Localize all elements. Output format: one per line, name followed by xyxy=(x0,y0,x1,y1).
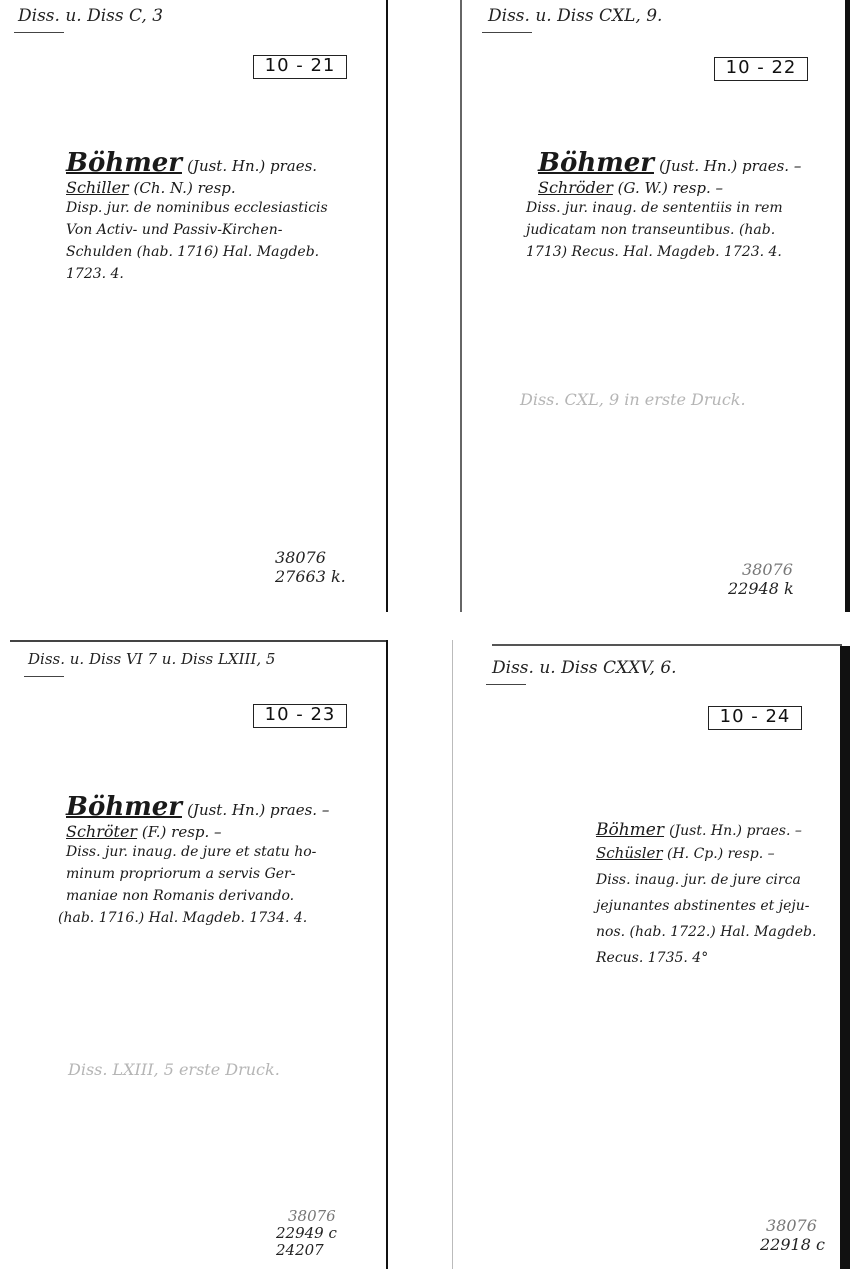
accession-number: 27663 k. xyxy=(275,567,346,586)
entry-line: Diss. jur. inaug. de sententiis in rem xyxy=(526,197,801,219)
author-name: Böhmer xyxy=(596,820,664,840)
card-right-edge xyxy=(386,0,388,612)
entry-line: maniae non Romanis derivando. xyxy=(66,885,329,907)
entry-line: Schulden (hab. 1716) Hal. Magdeb. xyxy=(66,241,328,263)
entry-line: 1713) Recus. Hal. Magdeb. 1723. 4. xyxy=(526,241,801,263)
respondent-role: (Ch. N.) resp. xyxy=(133,179,235,197)
accession-numbers: 38076 22949 c 24207 xyxy=(276,1208,337,1259)
card-code: 10 - 22 xyxy=(714,57,808,81)
respondent-role: (H. Cp.) resp. – xyxy=(667,846,775,862)
catalog-entry: Böhmer (Just. Hn.) praes. – Schüsler (H.… xyxy=(596,820,816,971)
shelfmark-underline xyxy=(24,676,64,677)
faint-pencil-note: Diss. CXL, 9 in erste Druck. xyxy=(520,390,746,409)
entry-line: jejunantes abstinentes et jeju- xyxy=(596,893,816,919)
entry-line: Recus. 1735. 4° xyxy=(596,945,816,971)
catalog-entry: Böhmer (Just. Hn.) praes. – Schröder (G.… xyxy=(538,148,801,263)
card-top-edge xyxy=(492,644,842,646)
author-role: (Just. Hn.) praes. – xyxy=(669,823,802,839)
catalog-entry: Böhmer (Just. Hn.) praes. – Schröter (F.… xyxy=(66,792,329,929)
accession-numbers: 38076 27663 k. xyxy=(275,548,346,586)
author-name: Böhmer xyxy=(538,148,654,178)
accession-number: 24207 xyxy=(276,1242,337,1259)
respondent-name: Schiller xyxy=(66,178,129,197)
catalog-card-10-23: Diss. u. Diss VI 7 u. Diss LXIII, 5 10 -… xyxy=(0,640,388,1269)
entry-line: minum propriorum a servis Ger- xyxy=(66,863,329,885)
accession-number: 38076 xyxy=(742,560,794,579)
shelfmark-underline xyxy=(482,32,532,33)
entry-line: (hab. 1716.) Hal. Magdeb. 1734. 4. xyxy=(58,907,329,929)
shelfmark-underline xyxy=(486,684,526,685)
author-name: Böhmer xyxy=(66,148,182,178)
respondent-name: Schröder xyxy=(538,178,613,197)
accession-number: 22948 k xyxy=(728,579,794,598)
respondent-name: Schröter xyxy=(66,822,137,841)
accession-number: 38076 xyxy=(275,548,346,567)
card-right-edge xyxy=(386,640,388,1269)
card-right-edge xyxy=(845,0,850,612)
catalog-entry: Böhmer (Just. Hn.) praes. Schiller (Ch. … xyxy=(66,148,328,285)
card-left-edge xyxy=(452,640,453,1269)
entry-line: judicatam non transeuntibus. (hab. xyxy=(526,219,801,241)
author-name: Böhmer xyxy=(66,792,182,822)
entry-line: Diss. jur. inaug. de jure et statu ho- xyxy=(66,841,329,863)
card-top-edge xyxy=(10,640,388,642)
card-code: 10 - 24 xyxy=(708,706,802,730)
card-code: 10 - 21 xyxy=(253,55,347,79)
author-role: (Just. Hn.) praes. xyxy=(187,157,317,175)
card-right-edge xyxy=(840,646,850,1269)
catalog-card-10-22: Diss. u. Diss CXL, 9. 10 - 22 Böhmer (Ju… xyxy=(460,0,850,612)
respondent-role: (G. W.) resp. – xyxy=(618,179,723,197)
catalog-card-10-24: Diss. u. Diss CXXV, 6. 10 - 24 Böhmer (J… xyxy=(452,640,850,1269)
shelfmark-underline xyxy=(14,32,64,33)
shelfmark: Diss. u. Diss VI 7 u. Diss LXIII, 5 xyxy=(28,650,275,668)
entry-line: Von Activ- und Passiv-Kirchen- xyxy=(66,219,328,241)
accession-number: 22949 c xyxy=(276,1225,337,1242)
respondent-role: (F.) resp. – xyxy=(142,823,222,841)
shelfmark: Diss. u. Diss CXXV, 6. xyxy=(492,658,677,678)
author-role: (Just. Hn.) praes. – xyxy=(187,801,329,819)
shelfmark: Diss. u. Diss CXL, 9. xyxy=(488,6,662,26)
entry-line: nos. (hab. 1722.) Hal. Magdeb. xyxy=(596,919,816,945)
shelfmark: Diss. u. Diss C, 3 xyxy=(18,6,163,26)
catalog-card-10-21: Diss. u. Diss C, 3 10 - 21 Böhmer (Just.… xyxy=(0,0,388,612)
card-left-edge xyxy=(460,0,462,612)
accession-number: 22918 c xyxy=(760,1235,825,1254)
faint-pencil-note: Diss. LXIII, 5 erste Druck. xyxy=(68,1060,280,1079)
entry-line: Disp. jur. de nominibus ecclesiasticis xyxy=(66,197,328,219)
entry-line: 1723. 4. xyxy=(66,263,328,285)
accession-numbers: 38076 22948 k xyxy=(728,560,794,598)
respondent-name: Schüsler xyxy=(596,844,663,862)
card-code: 10 - 23 xyxy=(253,704,347,728)
author-role: (Just. Hn.) praes. – xyxy=(659,157,801,175)
accession-number: 38076 xyxy=(766,1216,825,1235)
accession-number: 38076 xyxy=(288,1208,337,1225)
accession-numbers: 38076 22918 c xyxy=(760,1216,825,1254)
entry-line: Diss. inaug. jur. de jure circa xyxy=(596,867,816,893)
